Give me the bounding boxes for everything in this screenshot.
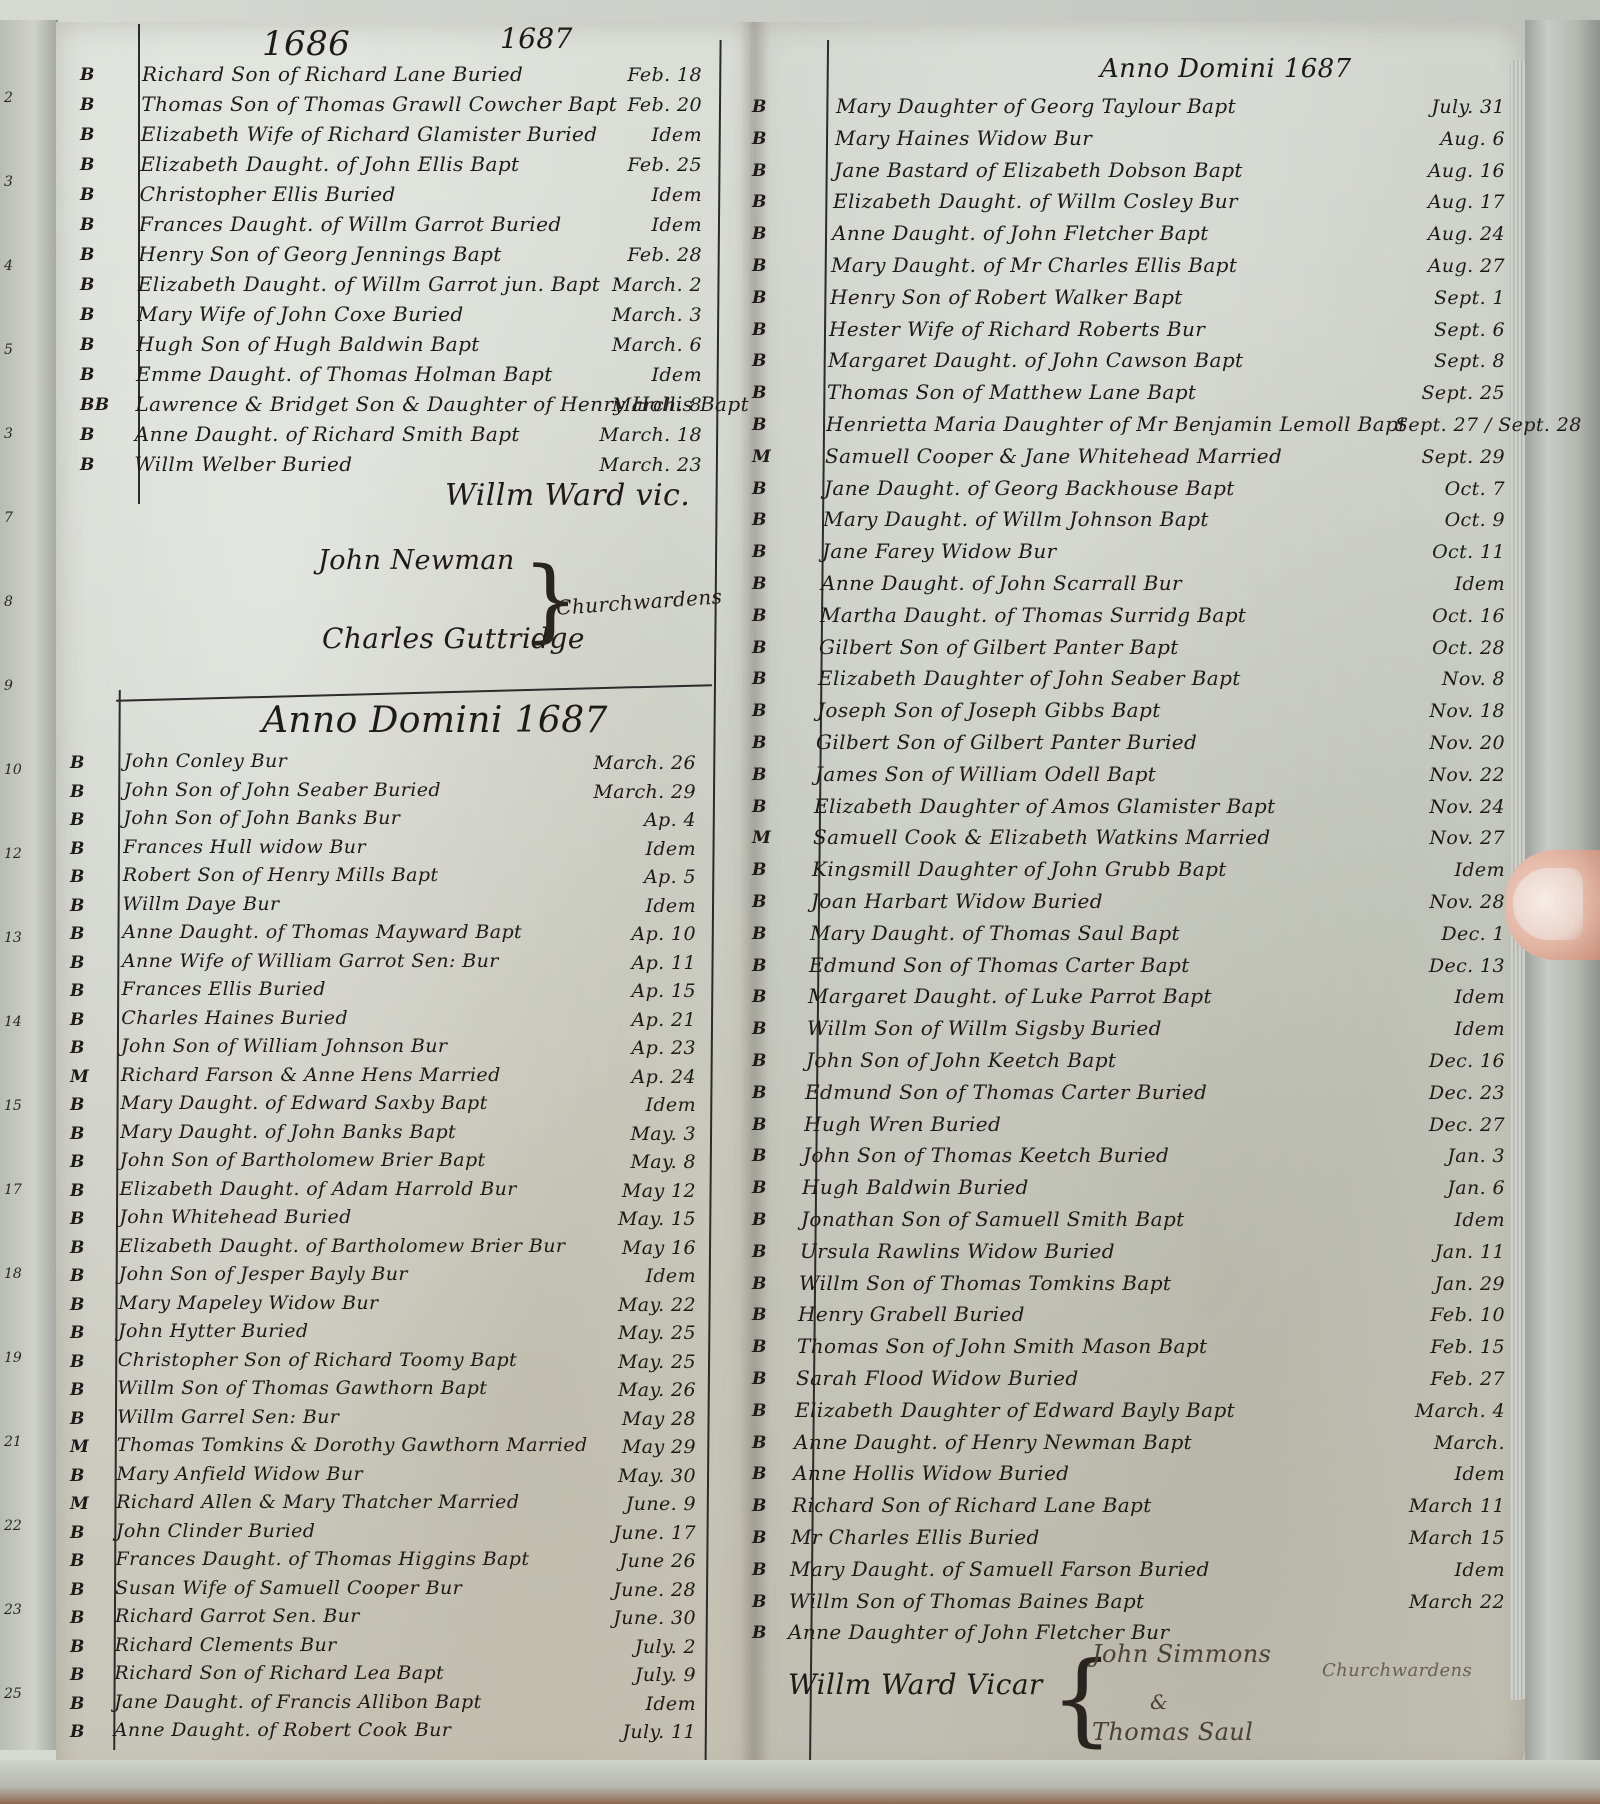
register-type-mark: B bbox=[752, 606, 767, 626]
register-entry-date: Idem bbox=[592, 214, 702, 236]
register-type-mark: B bbox=[80, 245, 95, 265]
register-entry: Anne Hollis Widow Buried bbox=[793, 1461, 1069, 1485]
register-entry-date: Sept. 6 bbox=[1395, 319, 1505, 341]
register-entry-date: Nov. 22 bbox=[1395, 764, 1505, 786]
register-entry-date: March. 2 bbox=[592, 274, 702, 296]
previous-page-number-fragment: 13 bbox=[4, 930, 22, 946]
register-type-mark: B bbox=[752, 1433, 767, 1453]
register-entry: Mary Daught. of Samuell Farson Buried bbox=[790, 1557, 1210, 1581]
register-type-mark: BB bbox=[80, 395, 110, 415]
register-entry-date: Nov. 28 bbox=[1395, 891, 1505, 913]
register-entry: Jane Bastard of Elizabeth Dobson Bapt bbox=[834, 158, 1243, 182]
register-entry-date: Oct. 16 bbox=[1395, 605, 1505, 627]
register-type-mark: B bbox=[752, 320, 767, 340]
register-entry-date: May. 3 bbox=[586, 1123, 696, 1145]
register-type-mark: B bbox=[752, 956, 767, 976]
register-type-mark: B bbox=[80, 65, 95, 85]
register-entry-date: Oct. 9 bbox=[1395, 509, 1505, 531]
register-entry-date: July. 31 bbox=[1395, 96, 1505, 118]
register-type-mark: B bbox=[70, 1380, 85, 1400]
register-type-mark: B bbox=[752, 1051, 767, 1071]
register-entry-date: Idem bbox=[586, 1094, 696, 1116]
register-entry: Hugh Baldwin Buried bbox=[802, 1175, 1029, 1199]
register-entry: James Son of William Odell Bapt bbox=[815, 762, 1156, 786]
previous-page-number-fragment: 4 bbox=[4, 258, 13, 274]
register-type-mark: B bbox=[752, 542, 767, 562]
register-entry-date: Idem bbox=[586, 895, 696, 917]
register-entry: Elizabeth Daught. of John Ellis Bapt bbox=[140, 152, 519, 176]
register-entry-date: Idem bbox=[586, 1265, 696, 1287]
register-entry: Gilbert Son of Gilbert Panter Buried bbox=[816, 730, 1197, 754]
register-type-mark: M bbox=[70, 1437, 89, 1457]
register-type-mark: B bbox=[80, 365, 95, 385]
register-type-mark: B bbox=[70, 1124, 85, 1144]
register-type-mark: B bbox=[70, 896, 85, 916]
register-entry: Mary Daughter of Georg Taylour Bapt bbox=[836, 94, 1236, 118]
register-entry-date: March 11 bbox=[1395, 1495, 1505, 1517]
register-entry-date: Feb. 25 bbox=[592, 154, 702, 176]
churchwarden-signature-thomas-saul: Thomas Saul bbox=[1092, 1718, 1253, 1746]
register-entry-date: Nov. 8 bbox=[1395, 668, 1505, 690]
register-entry: Margaret Daught. of Luke Parrot Bapt bbox=[808, 984, 1212, 1008]
register-entry: Anne Daught. of Henry Newman Bapt bbox=[794, 1430, 1192, 1454]
register-type-mark: B bbox=[70, 1551, 85, 1571]
year-heading-1686: 1686 bbox=[262, 24, 350, 64]
register-entry-date: Sept. 27 / Sept. 28 bbox=[1395, 414, 1505, 436]
register-type-mark: B bbox=[752, 129, 767, 149]
register-entry: Willm Son of Thomas Baines Bapt bbox=[789, 1589, 1145, 1613]
register-type-mark: B bbox=[752, 765, 767, 785]
register-entry-date: March 22 bbox=[1395, 1591, 1505, 1613]
previous-page-number-fragment: 9 bbox=[4, 678, 13, 694]
register-type-mark: B bbox=[752, 351, 767, 371]
register-type-mark: B bbox=[70, 1010, 85, 1030]
register-entry: John Hytter Buried bbox=[118, 1320, 308, 1342]
register-type-mark: B bbox=[752, 256, 767, 276]
register-entry-date: March. bbox=[1395, 1432, 1505, 1454]
register-type-mark: B bbox=[752, 1210, 767, 1230]
register-entry: Elizabeth Daughter of John Seaber Bapt bbox=[818, 666, 1241, 690]
register-entry-date: June. 9 bbox=[586, 1493, 696, 1515]
register-type-mark: B bbox=[70, 1608, 85, 1628]
previous-page-number-fragment: 18 bbox=[4, 1266, 22, 1282]
register-entry: Richard Son of Richard Lane Bapt bbox=[792, 1493, 1152, 1517]
register-entry: Samuell Cooper & Jane Whitehead Married bbox=[825, 444, 1282, 468]
register-entry-date: Oct. 7 bbox=[1395, 478, 1505, 500]
register-entry: Henry Grabell Buried bbox=[798, 1302, 1025, 1326]
right-page-heading: Anno Domini 1687 bbox=[1100, 54, 1352, 84]
register-entry-date: Idem bbox=[586, 838, 696, 860]
register-entry: Hugh Wren Buried bbox=[804, 1112, 1001, 1136]
register-type-mark: B bbox=[80, 335, 95, 355]
register-entry-date: Dec. 13 bbox=[1395, 955, 1505, 977]
register-spread: 23453789101213141517181921222325 1686 16… bbox=[0, 0, 1600, 1804]
signature-brace: } bbox=[522, 548, 580, 653]
register-type-mark: B bbox=[70, 753, 85, 773]
register-entry-date: March. 6 bbox=[592, 334, 702, 356]
register-entry-date: May. 25 bbox=[586, 1351, 696, 1373]
register-entry-date: Idem bbox=[1395, 986, 1505, 1008]
previous-page-number-fragment: 3 bbox=[4, 174, 13, 190]
register-entry-date: Dec. 23 bbox=[1395, 1082, 1505, 1104]
register-entry: Hugh Son of Hugh Baldwin Bapt bbox=[137, 332, 480, 356]
register-entry: Richard Farson & Anne Hens Married bbox=[121, 1064, 501, 1086]
register-type-mark: B bbox=[70, 924, 85, 944]
register-entry: Frances Daught. of Thomas Higgins Bapt bbox=[116, 1548, 530, 1570]
register-entry-date: March. 18 bbox=[592, 424, 702, 446]
register-entry-date: Aug. 16 bbox=[1395, 160, 1505, 182]
thumbnail bbox=[1513, 868, 1583, 940]
register-type-mark: B bbox=[752, 1178, 767, 1198]
register-entry: Mr Charles Ellis Buried bbox=[791, 1525, 1040, 1549]
register-entry: Henry Son of Georg Jennings Bapt bbox=[138, 242, 501, 266]
register-entry-date: Oct. 11 bbox=[1395, 541, 1505, 563]
register-entry: Thomas Son of John Smith Mason Bapt bbox=[797, 1334, 1207, 1358]
register-entry: Willm Son of Thomas Tomkins Bapt bbox=[799, 1271, 1171, 1295]
register-entry-date: June. 30 bbox=[586, 1607, 696, 1629]
register-type-mark: B bbox=[752, 924, 767, 944]
register-type-mark: B bbox=[80, 425, 95, 445]
register-type-mark: B bbox=[752, 1242, 767, 1262]
register-entry: Anne Daught. of Thomas Mayward Bapt bbox=[122, 921, 522, 943]
register-entry: Elizabeth Wife of Richard Glamister Buri… bbox=[141, 122, 598, 146]
register-type-mark: B bbox=[70, 1095, 85, 1115]
register-entry-date: Aug. 24 bbox=[1395, 223, 1505, 245]
previous-page-number-fragment: 19 bbox=[4, 1350, 22, 1366]
register-entry: Sarah Flood Widow Buried bbox=[796, 1366, 1079, 1390]
register-type-mark: B bbox=[752, 1401, 767, 1421]
register-entry: Mary Daught. of John Banks Bapt bbox=[120, 1121, 456, 1143]
register-entry: Jane Daught. of Francis Allibon Bapt bbox=[114, 1691, 482, 1713]
register-entry: John Conley Bur bbox=[124, 750, 287, 772]
register-entry-date: Ap. 4 bbox=[586, 809, 696, 831]
register-type-mark: B bbox=[752, 288, 767, 308]
register-entry: Richard Allen & Mary Thatcher Married bbox=[116, 1491, 519, 1513]
previous-page-number-fragment: 2 bbox=[4, 90, 13, 106]
register-type-mark: B bbox=[70, 1323, 85, 1343]
register-type-mark: B bbox=[70, 1523, 85, 1543]
register-entry: Ursula Rawlins Widow Buried bbox=[800, 1239, 1115, 1263]
register-entry-date: Jan. 6 bbox=[1395, 1177, 1505, 1199]
register-entry: Anne Wife of William Garrot Sen: Bur bbox=[122, 950, 499, 972]
register-type-mark: B bbox=[752, 1146, 767, 1166]
register-entry-date: Feb. 15 bbox=[1395, 1336, 1505, 1358]
vicar-signature-1687: Willm Ward Vicar bbox=[788, 1668, 1043, 1701]
register-entry-date: March. 29 bbox=[586, 781, 696, 803]
previous-page-number-fragment: 14 bbox=[4, 1014, 22, 1030]
register-type-mark: B bbox=[752, 892, 767, 912]
register-entry: John Son of Thomas Keetch Buried bbox=[803, 1143, 1169, 1167]
register-type-mark: B bbox=[80, 275, 95, 295]
previous-page-number-fragment: 3 bbox=[4, 426, 13, 442]
register-entry: Charles Haines Buried bbox=[121, 1007, 348, 1029]
book-bottom-edge bbox=[0, 1760, 1600, 1804]
register-entry: Anne Daught. of Robert Cook Bur bbox=[114, 1719, 451, 1741]
register-entry: Mary Mapeley Widow Bur bbox=[118, 1292, 378, 1314]
register-entry-date: July. 9 bbox=[586, 1664, 696, 1686]
register-entry: Willm Son of Willm Sigsby Buried bbox=[807, 1016, 1162, 1040]
register-entry: John Whitehead Buried bbox=[119, 1206, 351, 1228]
register-entry-date: June. 17 bbox=[586, 1522, 696, 1544]
register-entry-date: Nov. 20 bbox=[1395, 732, 1505, 754]
register-type-mark: B bbox=[70, 1722, 85, 1742]
register-type-mark: B bbox=[752, 1592, 767, 1612]
previous-page-number-fragment: 23 bbox=[4, 1602, 22, 1618]
register-type-mark: B bbox=[70, 839, 85, 859]
register-type-mark: B bbox=[80, 95, 95, 115]
register-entry: Margaret Daught. of John Cawson Bapt bbox=[828, 348, 1243, 372]
register-type-mark: B bbox=[70, 1352, 85, 1372]
register-entry-date: March. 3 bbox=[592, 304, 702, 326]
register-type-mark: B bbox=[752, 192, 767, 212]
register-type-mark: B bbox=[752, 1305, 767, 1325]
register-entry: Kingsmill Daughter of John Grubb Bapt bbox=[812, 857, 1227, 881]
register-entry-date: Aug. 27 bbox=[1395, 255, 1505, 277]
previous-page-number-fragment: 7 bbox=[4, 510, 13, 526]
register-entry: Martha Daught. of Thomas Surridg Bapt bbox=[820, 603, 1246, 627]
register-type-mark: B bbox=[752, 1528, 767, 1548]
register-entry: Richard Son of Richard Lane Buried bbox=[142, 62, 523, 86]
register-entry: Edmund Son of Thomas Carter Bapt bbox=[809, 953, 1190, 977]
register-entry: John Son of John Seaber Buried bbox=[124, 779, 441, 801]
register-entry: Mary Daught. of Edward Saxby Bapt bbox=[120, 1092, 487, 1114]
year-heading-1687-top: 1687 bbox=[500, 22, 573, 55]
register-type-mark: B bbox=[752, 1337, 767, 1357]
register-entry: Mary Wife of John Coxe Buried bbox=[137, 302, 463, 326]
register-entry-date: May. 30 bbox=[586, 1465, 696, 1487]
register-entry-date: Feb. 28 bbox=[592, 244, 702, 266]
register-entry: Thomas Tomkins & Dorothy Gawthorn Marrie… bbox=[117, 1434, 588, 1456]
register-type-mark: B bbox=[80, 305, 95, 325]
register-type-mark: B bbox=[80, 455, 95, 475]
register-entry: Anne Daught. of John Scarrall Bur bbox=[821, 571, 1182, 595]
register-type-mark: B bbox=[80, 215, 95, 235]
previous-page-number-fragment: 15 bbox=[4, 1098, 22, 1114]
register-entry-date: Ap. 10 bbox=[586, 923, 696, 945]
register-type-mark: B bbox=[752, 415, 767, 435]
register-type-mark: B bbox=[70, 1181, 85, 1201]
register-entry: Susan Wife of Samuell Cooper Bur bbox=[115, 1577, 462, 1599]
register-entry: Richard Clements Bur bbox=[115, 1634, 337, 1656]
register-type-mark: B bbox=[70, 1266, 85, 1286]
register-entry-date: Idem bbox=[586, 1693, 696, 1715]
register-entry-date: May. 8 bbox=[586, 1151, 696, 1173]
churchwardens-label-1687: Churchwardens bbox=[1322, 1660, 1472, 1681]
register-entry-date: Ap. 15 bbox=[586, 980, 696, 1002]
register-entry: John Son of Jesper Bayly Bur bbox=[119, 1263, 408, 1285]
register-entry-date: Idem bbox=[1395, 1559, 1505, 1581]
register-entry-date: Feb. 27 bbox=[1395, 1368, 1505, 1390]
register-type-mark: B bbox=[70, 1637, 85, 1657]
register-entry: Elizabeth Daughter of Amos Glamister Bap… bbox=[814, 794, 1276, 818]
holding-thumb bbox=[1505, 850, 1600, 960]
register-entry-date: Idem bbox=[1395, 1463, 1505, 1485]
register-entry-date: Nov. 24 bbox=[1395, 796, 1505, 818]
register-entry-date: March. 4 bbox=[1395, 1400, 1505, 1422]
register-type-mark: B bbox=[752, 1369, 767, 1389]
register-entry: Willm Welber Buried bbox=[134, 452, 352, 476]
register-type-mark: B bbox=[752, 97, 767, 117]
register-type-mark: B bbox=[80, 185, 95, 205]
register-type-mark: B bbox=[70, 953, 85, 973]
register-entry-date: Ap. 5 bbox=[586, 866, 696, 888]
register-type-mark: B bbox=[752, 1115, 767, 1135]
register-type-mark: B bbox=[752, 987, 767, 1007]
register-entry: John Son of John Banks Bur bbox=[123, 807, 400, 829]
register-entry-date: Ap. 11 bbox=[586, 952, 696, 974]
register-entry-date: Dec. 1 bbox=[1395, 923, 1505, 945]
register-entry-date: Idem bbox=[592, 124, 702, 146]
register-entry: Christopher Son of Richard Toomy Bapt bbox=[118, 1349, 517, 1371]
register-entry-date: Ap. 21 bbox=[586, 1009, 696, 1031]
register-entry-date: Jan. 29 bbox=[1395, 1273, 1505, 1295]
register-entry: Mary Daught. of Mr Charles Ellis Bapt bbox=[831, 253, 1237, 277]
register-entry-date: Oct. 28 bbox=[1395, 637, 1505, 659]
register-type-mark: B bbox=[70, 782, 85, 802]
register-type-mark: B bbox=[752, 1019, 767, 1039]
register-entry: Frances Daught. of Willm Garrot Buried bbox=[139, 212, 562, 236]
register-entry-date: Jan. 3 bbox=[1395, 1145, 1505, 1167]
churchwarden-signature-john-newman: John Newman bbox=[318, 545, 515, 576]
register-entry-date: Idem bbox=[1395, 1018, 1505, 1040]
previous-page-number-fragment: 10 bbox=[4, 762, 22, 778]
register-entry-date: May 16 bbox=[586, 1237, 696, 1259]
register-type-mark: B bbox=[752, 860, 767, 880]
register-type-mark: B bbox=[752, 224, 767, 244]
register-entry: Samuell Cook & Elizabeth Watkins Married bbox=[813, 825, 1271, 849]
register-entry: Jane Daught. of Georg Backhouse Bapt bbox=[824, 476, 1235, 500]
register-entry: Mary Anfield Widow Bur bbox=[117, 1463, 364, 1485]
register-entry-date: Feb. 20 bbox=[592, 94, 702, 116]
register-type-mark: B bbox=[70, 867, 85, 887]
register-type-mark: B bbox=[752, 638, 767, 658]
register-entry: Robert Son of Henry Mills Bapt bbox=[123, 864, 439, 886]
register-entry: John Son of William Johnson Bur bbox=[121, 1035, 447, 1057]
register-entry-date: June. 28 bbox=[586, 1579, 696, 1601]
register-entry-date: Jan. 11 bbox=[1395, 1241, 1505, 1263]
register-entry-date: March 15 bbox=[1395, 1527, 1505, 1549]
register-type-mark: B bbox=[70, 1694, 85, 1714]
signature-ampersand: & bbox=[1150, 1690, 1168, 1714]
register-entry: Willm Son of Thomas Gawthorn Bapt bbox=[117, 1377, 487, 1399]
register-entry-date: Idem bbox=[1395, 573, 1505, 595]
register-entry-date: Idem bbox=[1395, 859, 1505, 881]
register-type-mark: B bbox=[752, 574, 767, 594]
register-entry: Jonathan Son of Samuell Smith Bapt bbox=[801, 1207, 1185, 1231]
register-entry: Elizabeth Daught. of Willm Cosley Bur bbox=[833, 189, 1238, 213]
register-type-mark: B bbox=[70, 1038, 85, 1058]
previous-page-number-fragment: 5 bbox=[4, 342, 13, 358]
register-entry-date: May. 15 bbox=[586, 1208, 696, 1230]
register-entry: Mary Daught. of Willm Johnson Bapt bbox=[823, 507, 1209, 531]
register-type-mark: B bbox=[752, 1083, 767, 1103]
register-entry-date: May 28 bbox=[586, 1408, 696, 1430]
register-type-mark: B bbox=[752, 383, 767, 403]
register-entry-date: Ap. 24 bbox=[586, 1066, 696, 1088]
register-type-mark: B bbox=[752, 1464, 767, 1484]
register-type-mark: B bbox=[752, 161, 767, 181]
register-entry-date: May. 22 bbox=[586, 1294, 696, 1316]
register-entry: Frances Hull widow Bur bbox=[123, 836, 366, 858]
register-type-mark: B bbox=[70, 1580, 85, 1600]
register-entry-date: Idem bbox=[592, 184, 702, 206]
register-type-mark: B bbox=[70, 1209, 85, 1229]
register-entry-date: Feb. 10 bbox=[1395, 1304, 1505, 1326]
register-type-mark: B bbox=[752, 669, 767, 689]
register-type-mark: B bbox=[752, 510, 767, 530]
register-type-mark: B bbox=[80, 125, 95, 145]
register-entry-date: May. 25 bbox=[586, 1322, 696, 1344]
register-entry-date: March. 26 bbox=[586, 752, 696, 774]
register-type-mark: B bbox=[80, 155, 95, 175]
register-entry-date: Sept. 8 bbox=[1395, 350, 1505, 372]
register-entry: Anne Daught. of John Fletcher Bapt bbox=[832, 221, 1209, 245]
register-entry-date: Sept. 29 bbox=[1395, 446, 1505, 468]
register-type-mark: B bbox=[752, 1623, 767, 1643]
vicar-signature-1686: Willm Ward vic. bbox=[445, 478, 690, 513]
register-entry-date: Dec. 16 bbox=[1395, 1050, 1505, 1072]
previous-page-number-fragment: 17 bbox=[4, 1182, 22, 1198]
register-entry-date: Ap. 23 bbox=[586, 1037, 696, 1059]
register-type-mark: B bbox=[70, 1152, 85, 1172]
register-entry: John Son of John Keetch Bapt bbox=[806, 1048, 1116, 1072]
register-entry: Elizabeth Daught. of Adam Harrold Bur bbox=[120, 1178, 517, 1200]
register-entry-date: Dec. 27 bbox=[1395, 1114, 1505, 1136]
register-entry-date: Idem bbox=[1395, 1209, 1505, 1231]
register-entry: Elizabeth Daught. of Willm Garrot jun. B… bbox=[138, 272, 600, 296]
register-entry-date: July. 2 bbox=[586, 1636, 696, 1658]
register-type-mark: B bbox=[752, 1560, 767, 1580]
register-entry: Hester Wife of Richard Roberts Bur bbox=[829, 317, 1205, 341]
register-entry: Thomas Son of Thomas Grawll Cowcher Bapt bbox=[141, 92, 617, 116]
register-type-mark: B bbox=[70, 810, 85, 830]
previous-page-number-fragment: 22 bbox=[4, 1518, 22, 1534]
register-entry: Edmund Son of Thomas Carter Buried bbox=[805, 1080, 1207, 1104]
register-entry: Elizabeth Daught. of Bartholomew Brier B… bbox=[119, 1235, 565, 1257]
previous-page-number-fragment: 8 bbox=[4, 594, 13, 610]
register-type-mark: B bbox=[70, 1295, 85, 1315]
register-entry-date: May 29 bbox=[586, 1436, 696, 1458]
register-entry-date: Sept. 25 bbox=[1395, 382, 1505, 404]
register-entry: Emme Daught. of Thomas Holman Bapt bbox=[136, 362, 553, 386]
register-entry-date: Nov. 27 bbox=[1395, 827, 1505, 849]
register-entry-date: Aug. 6 bbox=[1395, 128, 1505, 150]
register-entry: Joseph Son of Joseph Gibbs Bapt bbox=[817, 698, 1161, 722]
register-type-mark: B bbox=[752, 1274, 767, 1294]
register-entry-date: July. 11 bbox=[586, 1721, 696, 1743]
register-entry-date: Feb. 18 bbox=[592, 64, 702, 86]
section-heading-anno-domini-1687: Anno Domini 1687 bbox=[262, 700, 608, 741]
register-entry: Henry Son of Robert Walker Bapt bbox=[830, 285, 1183, 309]
register-type-mark: B bbox=[752, 733, 767, 753]
register-entry: Richard Garrot Sen. Bur bbox=[115, 1605, 360, 1627]
register-type-mark: M bbox=[70, 1067, 89, 1087]
register-type-mark: B bbox=[752, 701, 767, 721]
register-entry-date: March. 8 bbox=[592, 394, 702, 416]
register-entry: Frances Ellis Buried bbox=[122, 978, 326, 1000]
register-entry: Elizabeth Daughter of Edward Bayly Bapt bbox=[795, 1398, 1235, 1422]
register-type-mark: B bbox=[70, 1238, 85, 1258]
register-entry: Willm Garrel Sen: Bur bbox=[117, 1406, 339, 1428]
register-entry-date: May 12 bbox=[586, 1180, 696, 1202]
register-entry-date: May. 26 bbox=[586, 1379, 696, 1401]
register-entry: Richard Son of Richard Lea Bapt bbox=[114, 1662, 444, 1684]
register-type-mark: B bbox=[70, 981, 85, 1001]
previous-page-number-fragment: 21 bbox=[4, 1434, 22, 1450]
register-entry: John Clinder Buried bbox=[116, 1520, 315, 1542]
register-type-mark: M bbox=[752, 828, 771, 848]
register-entry: Jane Farey Widow Bur bbox=[822, 539, 1057, 563]
